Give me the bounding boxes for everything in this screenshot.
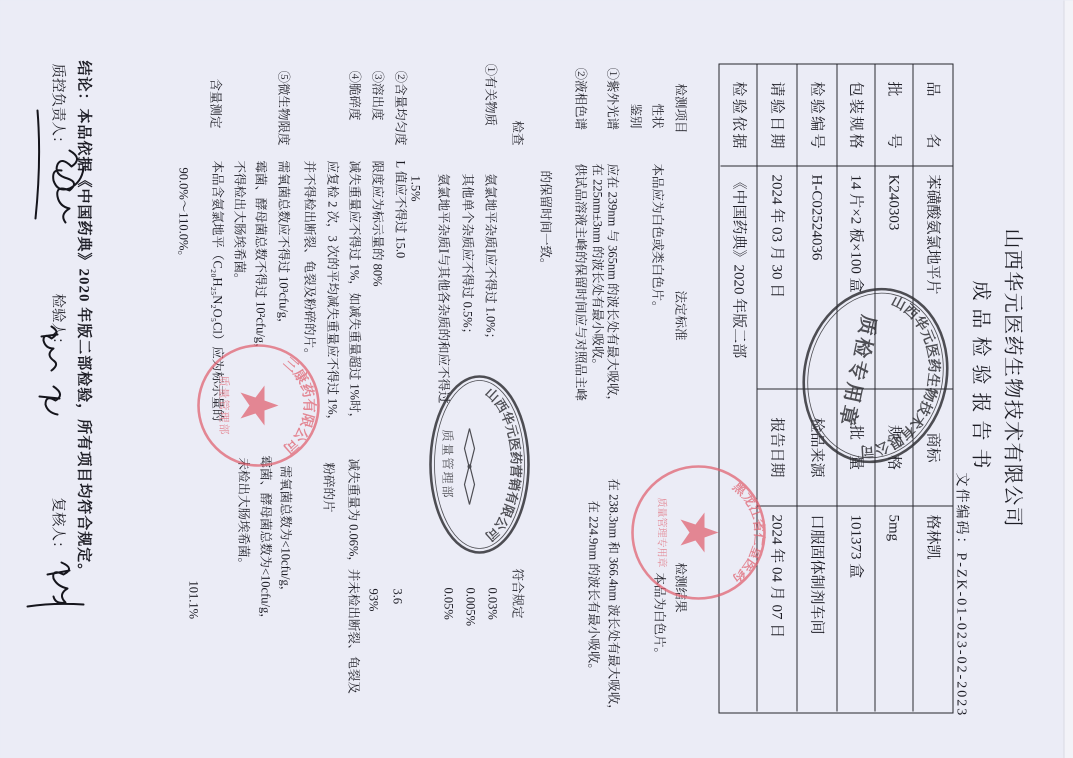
standard-line: 本品应为白色或类白色片。	[650, 163, 664, 313]
company-name: 山西华元医药生物技术有限公司	[1000, 228, 1024, 528]
reviewer-signature	[27, 562, 83, 606]
item-identification: 鉴别	[628, 103, 642, 128]
item-friability: ④脆碎度	[347, 70, 361, 120]
test-basis-label: 检验依据	[720, 64, 756, 166]
specification-value: 5mg	[874, 506, 912, 711]
result-line: 101.1%	[186, 580, 200, 619]
red-quality-dept-seal: 三康药有限公司 质量管理部	[194, 341, 322, 469]
standard-line: 1.5%	[408, 175, 422, 201]
standard-line: 氨氯地平杂质Ⅰ应不得过 1.0%；	[483, 173, 497, 345]
result-line: 3.6	[390, 588, 404, 604]
inspector-signature	[39, 326, 60, 414]
item-inspection: 检查	[510, 120, 524, 145]
result-line: 0.05%	[441, 587, 455, 619]
diamond-icon	[464, 428, 474, 468]
diamond-icon	[464, 464, 474, 504]
inspection-report-page: 山西华元医药生物技术有限公司 成品检验报告书 文件编码：P-ZK-01-023-…	[0, 0, 1073, 758]
result-line: 0.03%	[485, 587, 499, 619]
standard-line: 限度应为标示量的 80%	[370, 160, 384, 286]
red-company-seal: 黑龙江省仁皇医药 质量管理专用章	[628, 462, 768, 602]
svg-text:三康药有限公司: 三康药有限公司	[279, 354, 317, 457]
standard-line: 供试品溶液主峰的保留时间应与对照品主峰	[573, 163, 587, 401]
result-line: 减失重量为 0.06%，并未检出断裂、龟裂及	[346, 458, 360, 693]
item-related-substances: ①有关物质	[483, 63, 497, 126]
request-date-label: 请验日期	[756, 64, 796, 166]
result-line: 霉菌、酵母菌总数为<10cfu/g，	[258, 455, 272, 625]
standard-line: 在 225nm±3nm 的波长处有最小吸收。	[590, 163, 604, 371]
package-label: 包装规格	[836, 64, 874, 166]
qc-manager-signature	[35, 110, 83, 222]
seal-outer-text: 三康药有限公司	[279, 354, 317, 457]
header-standard: 法定标准	[673, 290, 687, 340]
result-line: 未检出大肠埃希菌。	[236, 457, 250, 570]
batch-quantity-value: 101373 盒	[836, 506, 874, 711]
standard-line: 霉菌、酵母菌总数不得过 10²cfu/g，	[253, 160, 267, 355]
seal-inner-text: 质量管理部	[217, 375, 231, 435]
standard-line: 需氧菌总数应不得过 10³cfu/g，	[276, 160, 290, 330]
seal-inner-text: 质量管理部	[440, 429, 455, 499]
item-hplc: ②液相色谱	[573, 67, 587, 130]
item-uv-spectrum: ①紫外光谱	[605, 67, 619, 130]
result-line: 需氧菌总数为<10cfu/g，	[278, 465, 292, 598]
seal-outer-text: 黑龙江省仁皇医药	[729, 478, 766, 585]
handwritten-signatures	[0, 0, 113, 758]
standard-line: 其他单个杂质应不得过 0.5%；	[460, 173, 474, 340]
result-line: 在 238.3nm 和 366.4nm 波长处有最大吸收，	[606, 478, 620, 716]
test-number-label: 检验编号	[796, 64, 836, 166]
standard-line: 应在 239nm 与 365nm 的波长处有最大吸收，	[605, 163, 619, 407]
result-line: 在 224.9nm 的波长有最小吸收。	[586, 500, 600, 675]
report-title: 成品检验报告书	[968, 280, 992, 476]
star-icon	[240, 385, 278, 425]
item-dissolution: ③溶出度	[370, 70, 384, 120]
paper-edge	[1063, 0, 1073, 758]
svg-text:黑龙江省仁皇医药: 黑龙江省仁皇医药	[729, 478, 766, 585]
file-code: 文件编码：P-ZK-01-023-02-2023	[952, 472, 968, 717]
seal-inner-text: 质量管理专用章	[655, 497, 668, 567]
standard-line: 减失重量应不得过 1%，如减失重量超过 1%时，	[347, 160, 361, 425]
quality-inspection-seal: 山西华元医药生物技术有限公司 质检专用章	[790, 280, 960, 470]
trademark-value: 格林凯	[912, 506, 952, 711]
star-icon	[680, 512, 718, 552]
standard-line: 应复检 2 次，3 次的平均减失重量应不得过 1%，	[325, 160, 339, 427]
seal-inner-text: 质检专用章	[834, 313, 881, 430]
result-line: 符合规定	[510, 568, 524, 618]
item-assay: 含量测定	[208, 78, 222, 128]
product-name-label: 品 名	[912, 64, 952, 166]
result-line: 0.005%	[463, 587, 477, 626]
quality-management-seal: 山西华元医药营销有限公司 质量管理部	[427, 372, 531, 556]
item-microbial-limit: ⑤微生物限度	[276, 70, 290, 145]
standard-line: 不得检出大肠埃希菌。	[232, 160, 246, 285]
standard-line: 氨氯地平杂质Ⅰ与其他各杂质的和应不得过	[436, 173, 450, 403]
header-test-item: 检测项目	[673, 83, 687, 133]
item-content-uniformity: ②含量均匀度	[393, 70, 407, 145]
result-line: 粉碎的片	[321, 462, 335, 512]
item-appearance: 性状	[650, 103, 664, 128]
result-line: 93%	[366, 588, 380, 611]
standard-line: 并不得检出断裂、龟裂及粉碎的片。	[302, 160, 316, 360]
sample-source-value: 口服固体制剂车间	[796, 506, 836, 711]
standard-line: 的保留时间一致。	[538, 170, 552, 270]
batch-number-label: 批 号	[874, 64, 912, 166]
standard-line: 90.0%～110.0%。	[176, 167, 190, 262]
standard-line: L 值应不得过 15.0	[393, 160, 407, 258]
test-basis-value: 《中国药典》2020 年版二部	[720, 166, 756, 711]
